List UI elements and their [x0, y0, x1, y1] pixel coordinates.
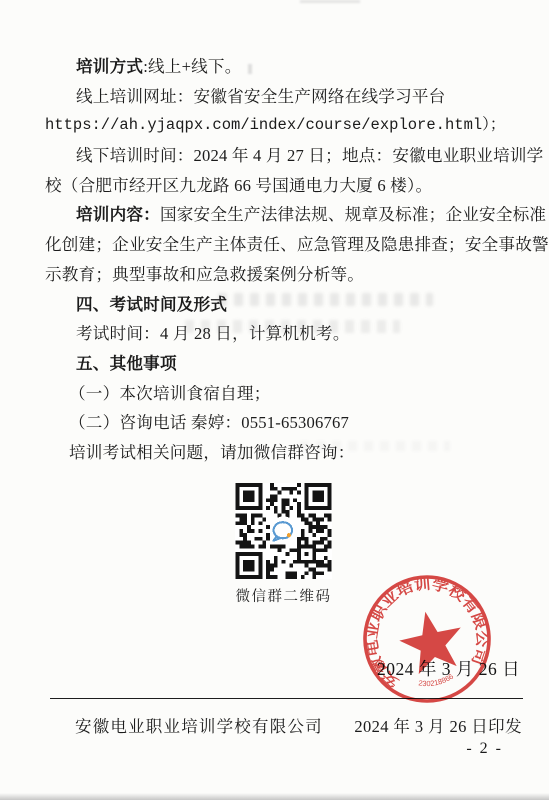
scan-speck [300, 0, 360, 3]
document-body: 培训方式:线上+线下。 线上培训网址：安徽省安全生产网络在线学习平台 https… [45, 52, 507, 468]
section-heading: 五、其他事项 [45, 349, 507, 379]
body-line: 线下培训时间：2024 年 4 月 27 日；地点：安徽电业职业培训学 [45, 141, 507, 171]
wechat-group-qr-code [235, 483, 332, 579]
line-label: 培训内容： [76, 205, 160, 224]
body-line: （一）本次培训食宿自理； [45, 379, 507, 409]
seal-group: 安徽电业职业培训学校有限公司 230218866 [352, 564, 502, 713]
line-text: 国家安全生产法律法规、规章及标准；企业安全标准 [160, 205, 546, 224]
body-line: 化创建；企业安全生产主体责任、应急管理及隐患排查；安全事故警 [45, 230, 507, 260]
svg-text:230218866: 230218866 [416, 671, 456, 691]
seal-star-icon [395, 605, 469, 676]
body-line: （二）咨询电话 秦婷：0551-65306767 [45, 408, 507, 438]
company-seal-stamp: 安徽电业职业培训学校有限公司 230218866 [352, 564, 502, 714]
line-label: 培训方式 [76, 57, 143, 76]
body-line: 培训内容：国家安全生产法律法规、规章及标准；企业安全标准 [45, 200, 507, 230]
line-text: https://ah.yjaqpx.com/index/course/explo… [45, 116, 505, 134]
line-text: 培训考试相关问题，请加微信群咨询： [69, 443, 355, 462]
line-label: 五、其他事项 [76, 354, 177, 373]
qr-block: 微信群二维码 [235, 483, 332, 606]
body-line: 校（合肥市经开区九龙路 66 号国通电力大厦 6 楼）。 [45, 171, 507, 201]
qr-caption: 微信群二维码 [235, 585, 332, 606]
footer-issuer: 安徽电业职业培训学校有限公司 [75, 713, 323, 737]
line-text: 考试时间：4 月 28 日，计算机机考。 [76, 324, 350, 343]
line-text: 线下培训时间：2024 年 4 月 27 日；地点：安徽电业职业培训学 [76, 146, 543, 165]
body-line: 考试时间：4 月 28 日，计算机机考。 [45, 319, 507, 349]
body-line: 示教育；典型事故和应急救援案例分析等。 [45, 260, 507, 290]
line-text: 校（合肥市经开区九龙路 66 号国通电力大厦 6 楼）。 [45, 176, 432, 195]
footer-print-date: 2024 年 3 月 26 日印发 [354, 713, 522, 737]
scanned-document-page: 培训方式:线上+线下。 线上培训网址：安徽省安全生产网络在线学习平台 https… [0, 0, 549, 800]
page-number: - 2 - [466, 740, 503, 758]
line-text: :线上+线下。 [143, 57, 241, 76]
line-text: 示教育；典型事故和应急救援案例分析等。 [45, 265, 364, 284]
section-heading: 四、考试时间及形式 [45, 290, 507, 320]
line-text: 线上培训网址：安徽省安全生产网络在线学习平台 [76, 87, 445, 106]
line-text: （二）咨询电话 秦婷：0551-65306767 [69, 413, 349, 432]
body-line: 线上培训网址：安徽省安全生产网络在线学习平台 [45, 82, 507, 112]
line-text: （一）本次培训食宿自理； [69, 384, 271, 403]
body-line: 培训方式:线上+线下。 [45, 52, 507, 82]
body-line: 培训考试相关问题，请加微信群咨询： [45, 438, 507, 468]
body-line-url: https://ah.yjaqpx.com/index/course/explo… [45, 111, 507, 141]
line-text: 化创建；企业安全生产主体责任、应急管理及隐患排查；安全事故警 [45, 235, 549, 254]
line-label: 四、考试时间及形式 [76, 295, 227, 314]
scan-edge-shadow [0, 793, 549, 800]
qr-code-image [235, 483, 332, 579]
seal-serial-number: 230218866 [416, 671, 456, 691]
